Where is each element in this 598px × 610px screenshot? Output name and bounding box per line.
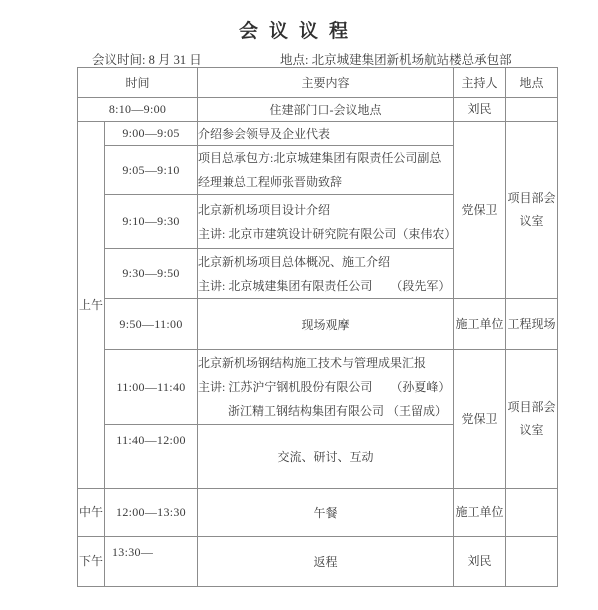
content-cell: 北京新机场钢结构施工技术与管理成果汇报 主讲: 江苏沪宁钢机股份有限公司 （孙夏…	[198, 350, 454, 425]
host-cell: 党保卫	[454, 122, 506, 299]
content-line: 主讲: 北京市建筑设计研究院有限公司（束伟农）	[198, 222, 453, 246]
host-cell: 施工单位	[454, 489, 506, 537]
page-title: 会议议程	[0, 16, 598, 43]
content-cell: 介绍参会领导及企业代表	[198, 122, 454, 146]
time-cell: 9:10—9:30	[105, 195, 198, 249]
agenda-page: 会议议程 会议时间: 8 月 31 日 地点: 北京城建集团新机场航站楼总承包部…	[0, 0, 598, 610]
content-line: 项目总承包方:北京城建集团有限责任公司副总	[198, 146, 453, 170]
meeting-time-label: 会议时间: 8 月 31 日	[92, 50, 202, 68]
host-cell: 刘民	[454, 98, 506, 122]
host-cell: 党保卫	[454, 350, 506, 489]
time-cell: 9:05—9:10	[105, 146, 198, 195]
time-cell: 8:10—9:00	[78, 98, 198, 122]
place-cell-empty	[506, 537, 558, 587]
place-cell: 工程现场	[506, 299, 558, 350]
time-cell: 9:30—9:50	[105, 249, 198, 299]
content-line: 经理兼总工程师张晋勋致辞	[198, 170, 453, 194]
place-cell-empty	[506, 489, 558, 537]
content-cell: 现场观摩	[198, 299, 454, 350]
time-cell: 13:30—	[105, 537, 198, 587]
place-cell-empty	[506, 98, 558, 122]
content-line: 浙江精工钢结构集团有限公司 （王留成）	[198, 399, 453, 423]
content-cell: 交流、研讨、互动	[198, 425, 454, 489]
content-cell: 北京新机场项目设计介绍 主讲: 北京市建筑设计研究院有限公司（束伟农）	[198, 195, 454, 249]
table-row: 上午 9:00—9:05 介绍参会领导及企业代表 党保卫 项目部会议室	[78, 122, 558, 146]
period-cell-noon: 中午	[78, 489, 105, 537]
content-line: 北京新机场钢结构施工技术与管理成果汇报	[198, 351, 453, 375]
host-cell: 刘民	[454, 537, 506, 587]
header-place: 地点	[506, 68, 558, 98]
content-cell: 住建部门口-会议地点	[198, 98, 454, 122]
table-row: 中午 12:00—13:30 午餐 施工单位	[78, 489, 558, 537]
content-cell: 北京新机场项目总体概况、施工介绍 主讲: 北京城建集团有限责任公司 （段先军）	[198, 249, 454, 299]
table-row: 11:00—11:40 北京新机场钢结构施工技术与管理成果汇报 主讲: 江苏沪宁…	[78, 350, 558, 425]
time-cell: 12:00—13:30	[105, 489, 198, 537]
header-host: 主持人	[454, 68, 506, 98]
host-cell: 施工单位	[454, 299, 506, 350]
content-cell: 返程	[198, 537, 454, 587]
time-cell: 9:50—11:00	[105, 299, 198, 350]
place-cell: 项目部会议室	[506, 122, 558, 299]
time-cell: 11:00—11:40	[105, 350, 198, 425]
period-cell-afternoon: 下午	[78, 537, 105, 587]
header-time: 时间	[78, 68, 198, 98]
table-row: 9:50—11:00 现场观摩 施工单位 工程现场	[78, 299, 558, 350]
table-header-row: 时间 主要内容 主持人 地点	[78, 68, 558, 98]
table-row: 下午 13:30— 返程 刘民	[78, 537, 558, 587]
period-cell-morning: 上午	[78, 122, 105, 489]
content-line: 主讲: 北京城建集团有限责任公司 （段先军）	[198, 274, 453, 298]
content-cell: 午餐	[198, 489, 454, 537]
content-line: 北京新机场项目总体概况、施工介绍	[198, 250, 453, 274]
table-row: 8:10—9:00 住建部门口-会议地点 刘民	[78, 98, 558, 122]
content-line: 北京新机场项目设计介绍	[198, 198, 453, 222]
time-cell: 9:00—9:05	[105, 122, 198, 146]
meeting-place-label: 地点: 北京城建集团新机场航站楼总承包部	[280, 50, 512, 68]
place-cell: 项目部会议室	[506, 350, 558, 489]
content-line: 主讲: 江苏沪宁钢机股份有限公司 （孙夏峰）	[198, 375, 453, 399]
time-cell: 11:40—12:00	[105, 425, 198, 489]
agenda-table: 时间 主要内容 主持人 地点 8:10—9:00 住建部门口-会议地点 刘民 上…	[77, 67, 558, 587]
meta-line: 会议时间: 8 月 31 日 地点: 北京城建集团新机场航站楼总承包部	[77, 50, 557, 68]
content-cell: 项目总承包方:北京城建集团有限责任公司副总 经理兼总工程师张晋勋致辞	[198, 146, 454, 195]
header-content: 主要内容	[198, 68, 454, 98]
